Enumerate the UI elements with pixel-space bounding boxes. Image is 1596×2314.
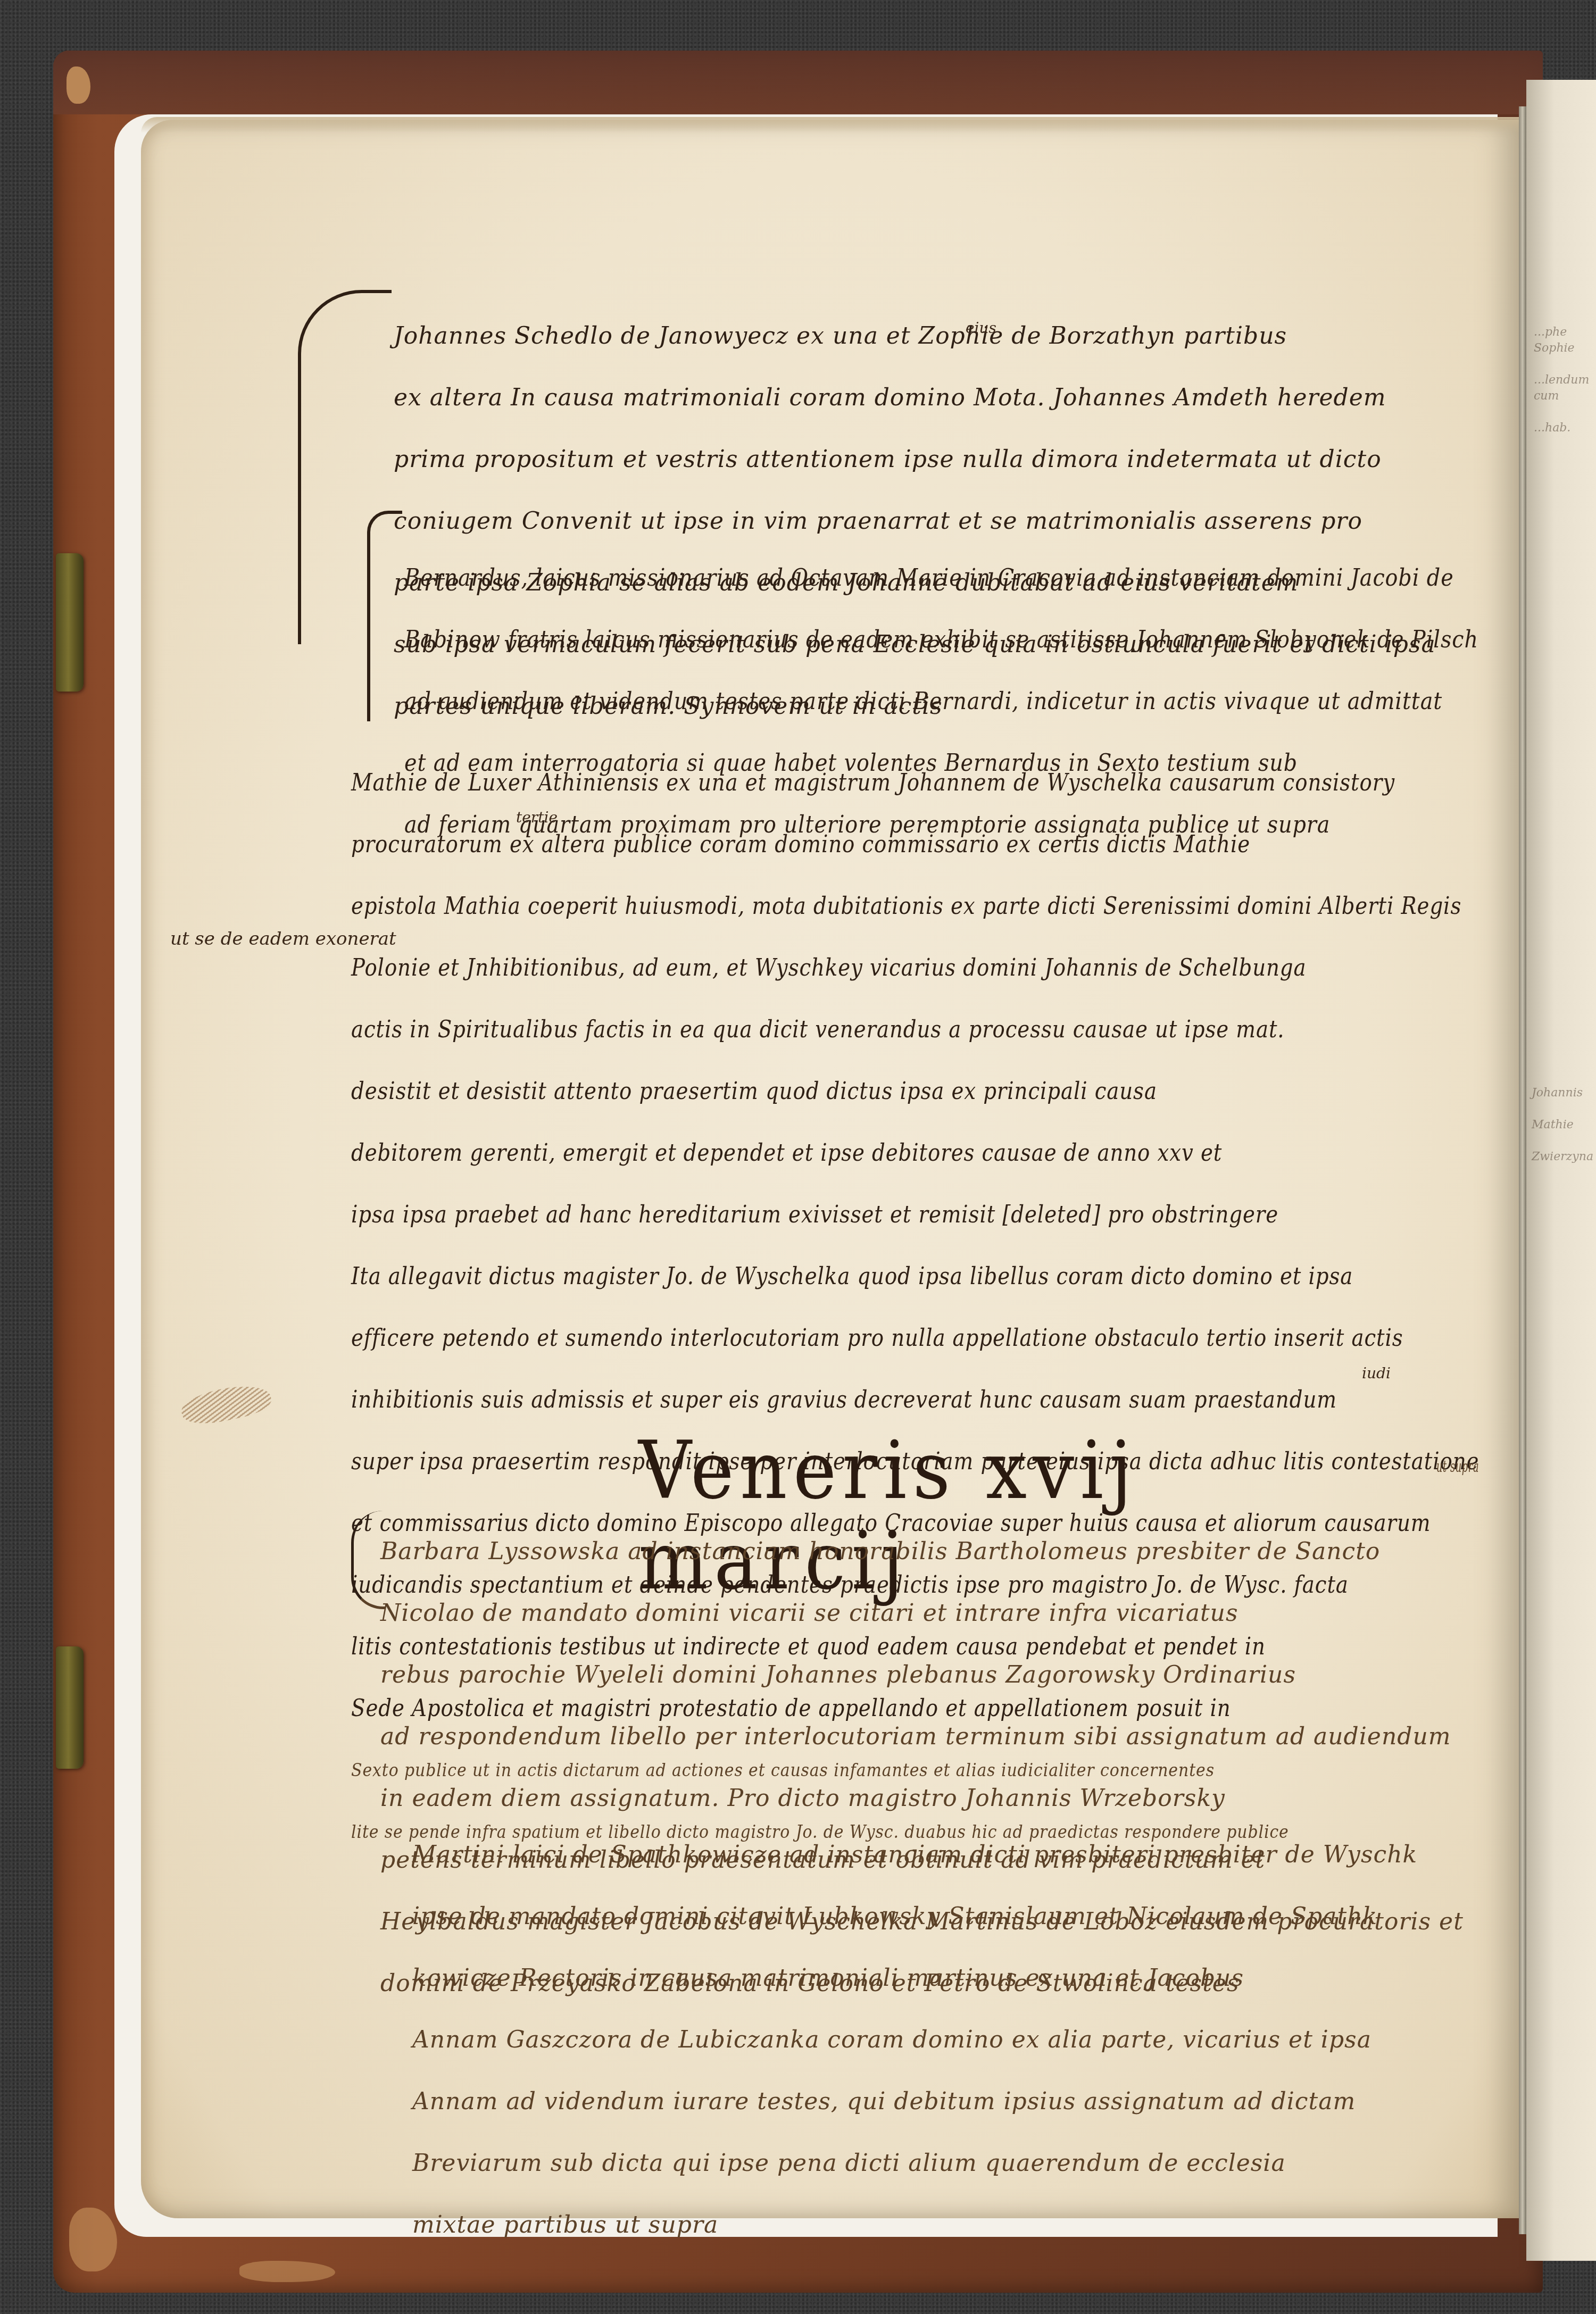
text-line: Bernardus, laicus missionarius ad Octava… [404,557,1478,599]
text-line: Ita allegavit dictus magister Jo. de Wys… [351,1256,1479,1297]
text-line: rebus parochie Wyeleli domini Johannes p… [380,1654,1464,1696]
text-line: ipsa ipsa praebet ad hanc hereditarium e… [351,1194,1479,1236]
text-line: coniugem Convenit ut ipse in vim praenar… [394,501,1436,542]
text-line: mixtae partibus ut supra [412,2204,1417,2246]
interlinear-note: iudi [1362,1364,1391,1382]
text-line: inhibitionis suis admissis et super eis … [351,1379,1479,1421]
date-heading: Veneris xvij marcij [638,1426,1275,1516]
paragraph-martini: Martini laici de Spathkowicze ad instanc… [412,1814,1417,2256]
text-line: procuratorum ex altera publice coram dom… [351,824,1479,865]
paragraph-bracket [367,511,402,721]
binding-top-edge [53,51,1543,114]
text-line: efficere petendo et sumendo interlocutor… [351,1318,1479,1359]
page-top-edge [141,117,1519,133]
leather-wear-spot [239,2261,335,2282]
text-line: ex altera In causa matrimoniali coram do… [394,377,1436,419]
text-line: Breviarum sub dicta qui ipse pena dicti … [412,2143,1417,2184]
text-line: ad respondendum libello per interlocutor… [380,1716,1464,1758]
text-line: debitorem gerenti, emergit et dependet e… [351,1133,1479,1174]
text-line: Babinow fratris laicus missionarius de e… [404,619,1478,661]
text-line: ad audiendum et videndum testes parte di… [404,681,1478,722]
text-line: Mathie de Luxer Athiniensis ex una et ma… [351,762,1479,804]
text-line: prima propositum et vestris attentionem … [394,439,1436,480]
text-line: Martini laici de Spathkowicze ad instanc… [412,1834,1417,1876]
text-line: Nicolao de mandato domini vicarii se cit… [380,1593,1464,1634]
line-continuation: ut supra [1436,1436,1508,1488]
text-line: ipse de mandato domini citavit Lubkowsky… [412,1896,1417,1937]
brass-clasp-lower [56,1646,84,1769]
text-line: Annam ad videndum iurare testes, qui deb… [412,2081,1417,2122]
brass-clasp-upper [56,553,84,692]
text-line: epistola Mathia coeperit huiusmodi, mota… [351,886,1479,927]
margin-annotation: ut se de eadem exonerat [170,928,396,950]
text-line: Barbara Lyssowska ad instanciam honorabi… [380,1531,1464,1572]
text-line: kowicze Rectoris in causa matrimoniali m… [412,1958,1417,1999]
text-line: Polonie et Jnhibitionibus, ad eum, et Wy… [351,947,1479,989]
facing-page-note: ...phe Sophie ...lendum cum ...hab. [1534,309,1596,436]
text-line: desistit et desistit attento praesertim … [351,1071,1479,1112]
interlinear-note: tertie [516,809,558,826]
text-line: ut supra [1436,1456,1479,1478]
text-line: actis in Spiritualibus factis in ea qua … [351,1009,1479,1051]
interlinear-note: eius [966,319,996,337]
text-line: Annam Gaszczora de Lubiczanka coram domi… [412,2019,1417,2061]
text-line: in eadem diem assignatum. Pro dicto magi… [380,1778,1464,1819]
text-line: Johannes Schedlo de Janowyecz ex una et … [394,315,1436,357]
